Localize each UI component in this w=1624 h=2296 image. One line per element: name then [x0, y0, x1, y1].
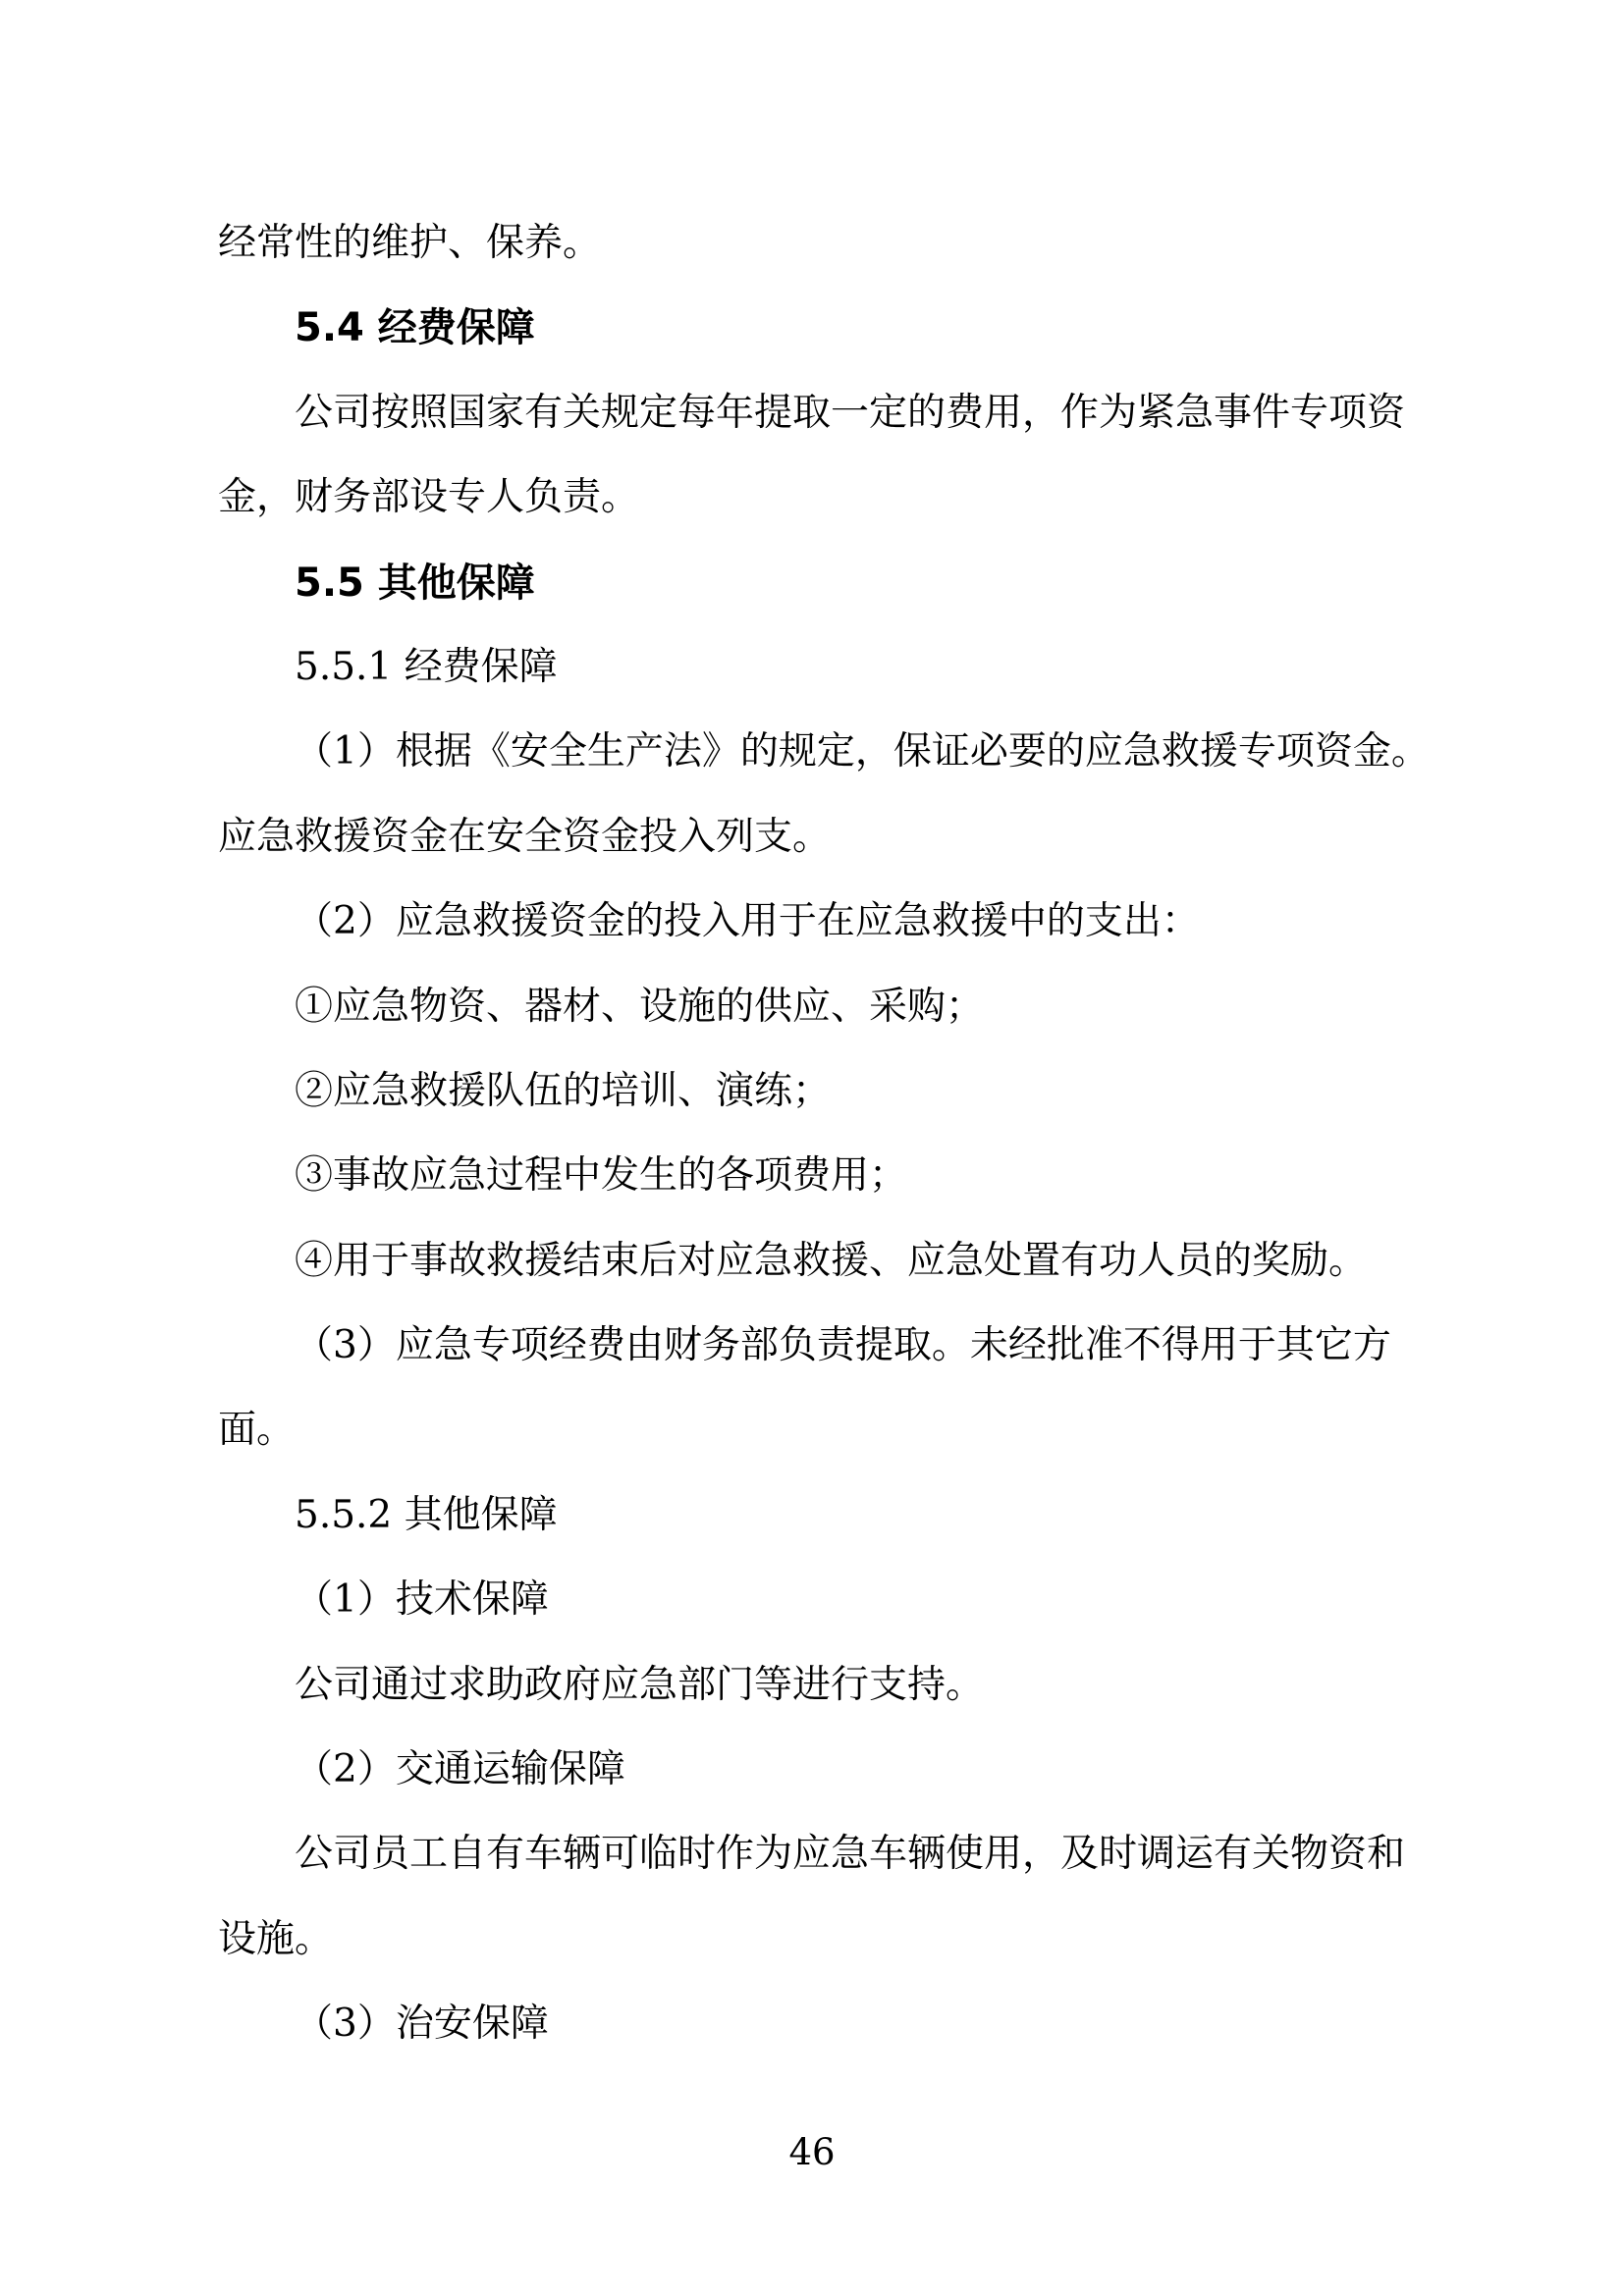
text-line: ①应急物资、器材、设施的供应、采购；: [218, 965, 1396, 1049]
text-line: ③事故应急过程中发生的各项费用；: [218, 1134, 1396, 1218]
text-line: 设施。: [218, 1897, 1396, 1982]
text-line: 经常性的维护、保养。: [218, 201, 1396, 286]
text-line: ④用于事故救援结束后对应急救援、应急处置有功人员的奖励。: [218, 1219, 1396, 1304]
text-line: （1）技术保障: [218, 1558, 1396, 1642]
text-line: 面。: [218, 1388, 1396, 1472]
text-line: 应急救援资金在安全资金投入列支。: [218, 795, 1396, 880]
text-line: ②应急救援队伍的培训、演练；: [218, 1049, 1396, 1134]
document-body: 经常性的维护、保养。5.4 经费保障公司按照国家有关规定每年提取一定的费用，作为…: [218, 201, 1396, 2067]
text-line: 公司通过求助政府应急部门等进行支持。: [218, 1643, 1396, 1728]
page-number: 46: [0, 2128, 1624, 2177]
text-line: （2）应急救援资金的投入用于在应急救援中的支出：: [218, 880, 1396, 964]
text-line: 公司员工自有车辆可临时作为应急车辆使用，及时调运有关物资和: [218, 1812, 1396, 1896]
text-line: 5.5.2 其他保障: [218, 1473, 1396, 1558]
text-line: 5.5.1 经费保障: [218, 625, 1396, 710]
text-line: 公司按照国家有关规定每年提取一定的费用，作为紧急事件专项资: [218, 371, 1396, 455]
text-line: （3）治安保障: [218, 1982, 1396, 2066]
document-page: 经常性的维护、保养。5.4 经费保障公司按照国家有关规定每年提取一定的费用，作为…: [0, 0, 1624, 2296]
section-heading: 5.4 经费保障: [218, 286, 1396, 370]
text-line: （2）交通运输保障: [218, 1728, 1396, 1812]
text-line: （1）根据《安全生产法》的规定，保证必要的应急救援专项资金。: [218, 710, 1396, 794]
text-line: （3）应急专项经费由财务部负责提取。未经批准不得用于其它方: [218, 1304, 1396, 1388]
text-line: 金，财务部设专人负责。: [218, 455, 1396, 540]
section-heading: 5.5 其他保障: [218, 541, 1396, 625]
